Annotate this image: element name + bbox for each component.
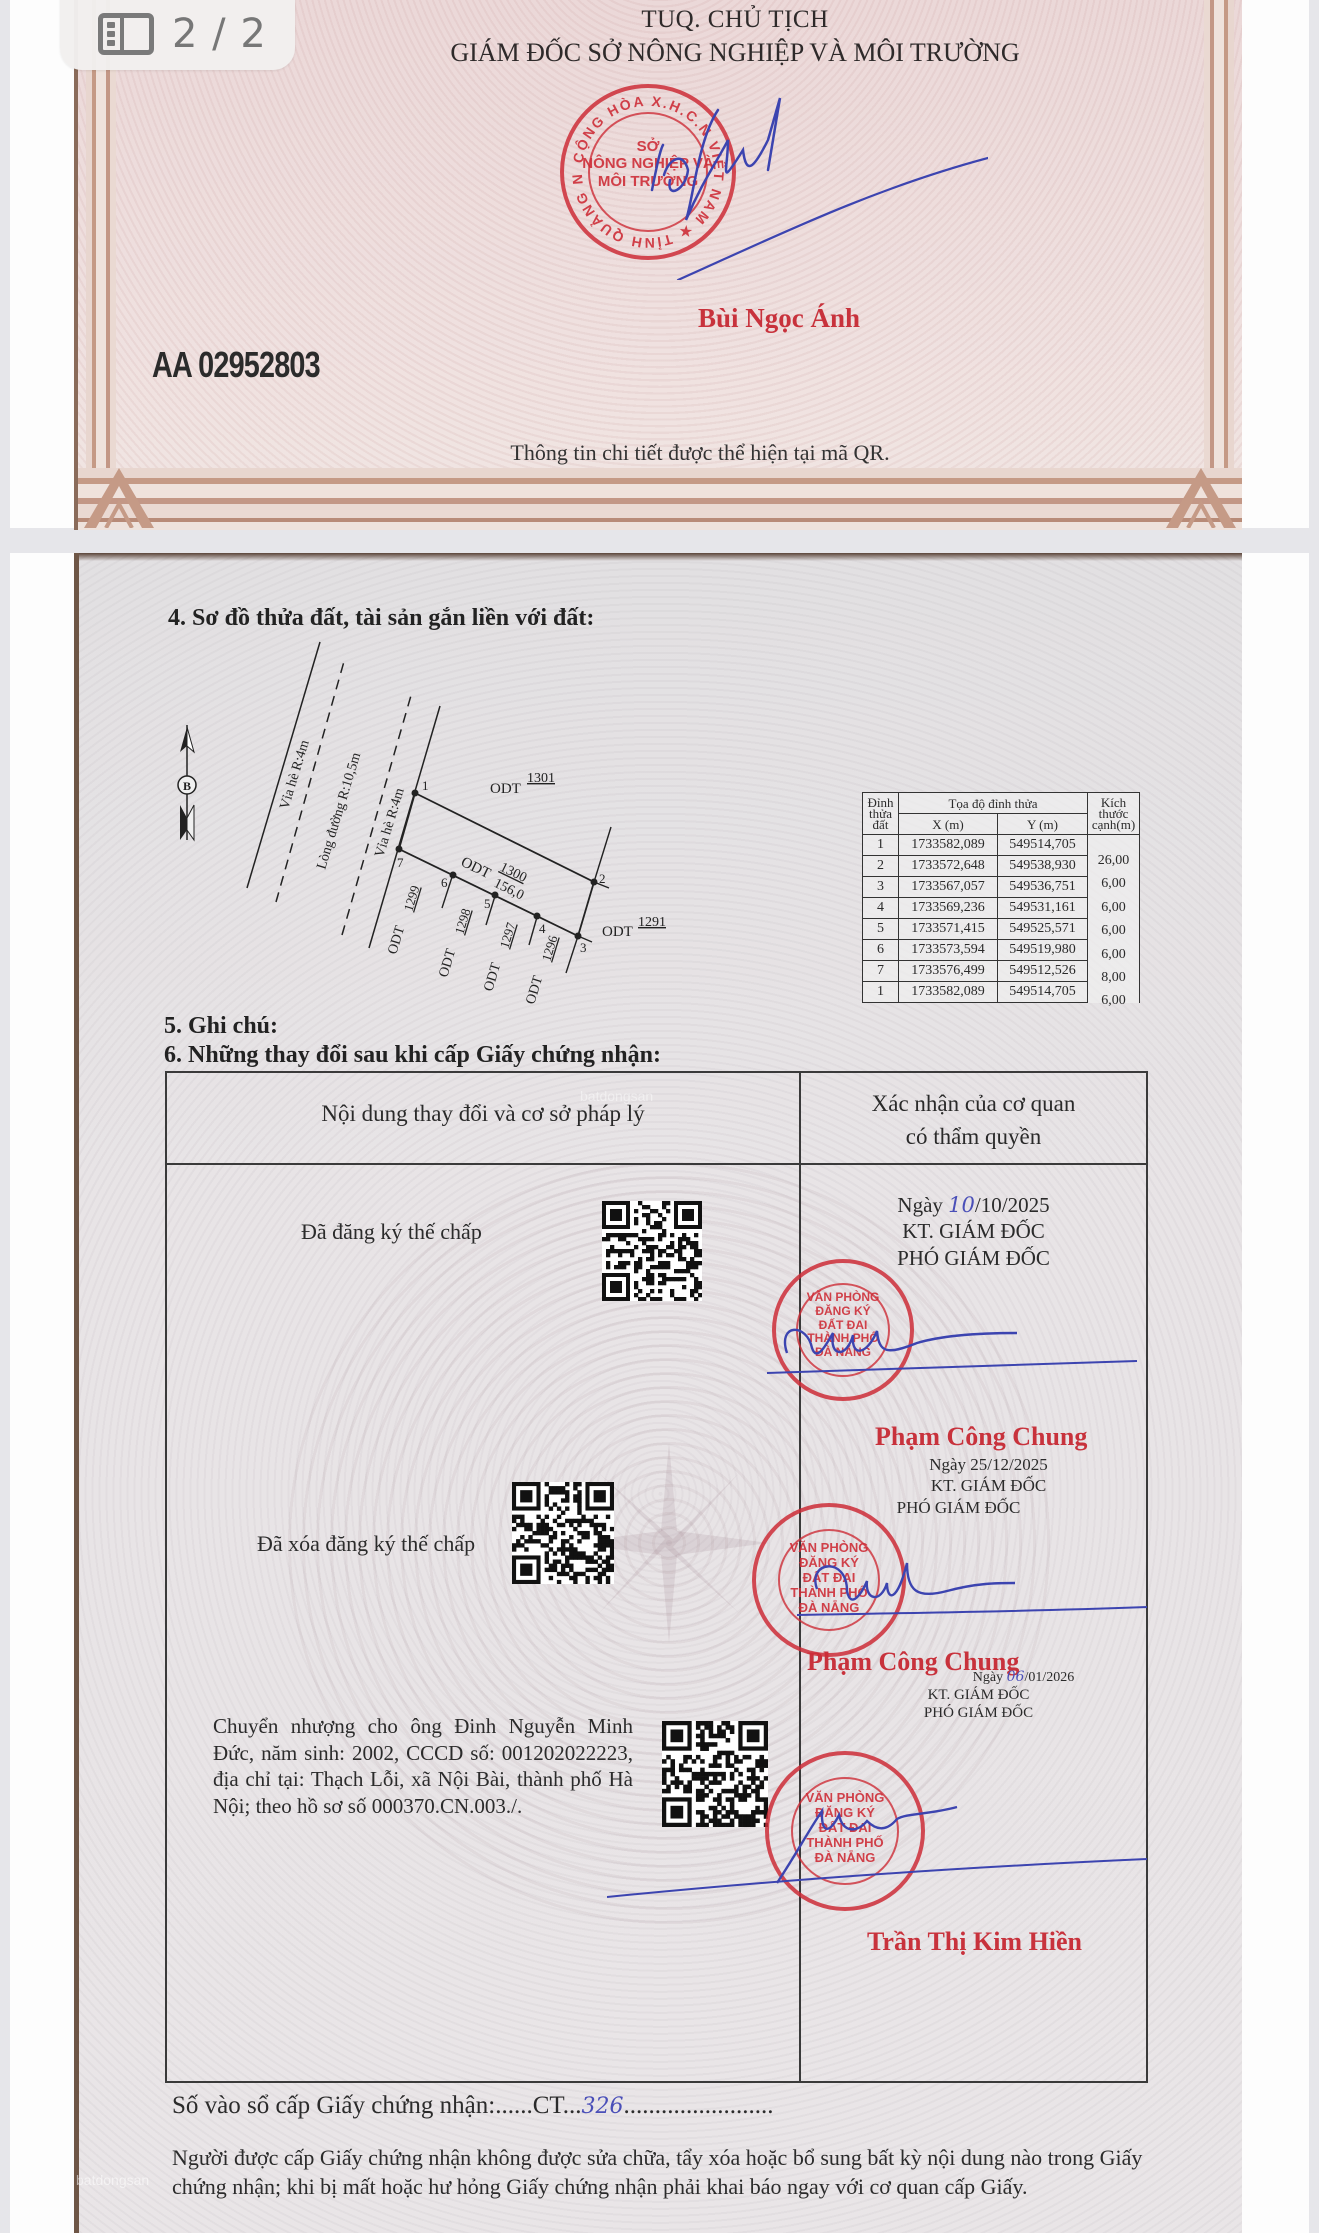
header-x: X (m) bbox=[899, 814, 998, 835]
qr-code-entry-2[interactable] bbox=[512, 1482, 614, 1584]
north-arrow-icon: B bbox=[178, 725, 196, 840]
section-4-heading: 4. Sơ đồ thửa đất, tài sản gắn liền với … bbox=[168, 605, 594, 632]
qr-info-note: Thông tin chi tiết được thể hiện tại mã … bbox=[78, 440, 1242, 466]
entry-3-confirmation: Ngày 06/01/2026 KT. GIÁM ĐỐC PHÓ GIÁM ĐỐ… bbox=[801, 1669, 1146, 1722]
svg-text:ODT: ODT bbox=[602, 924, 633, 940]
decorative-border-bottom bbox=[78, 468, 1242, 530]
header-authority-confirmation: Xác nhận của cơ quan có thẩm quyền bbox=[801, 1087, 1146, 1154]
svg-text:ODT: ODT bbox=[481, 961, 504, 993]
section-6-heading: 6. Những thay đổi sau khi cấp Giấy chứng… bbox=[164, 1042, 661, 1069]
svg-text:6: 6 bbox=[441, 875, 448, 890]
registration-number-handwritten: 326 bbox=[582, 2094, 624, 2119]
svg-text:Vỉa hè R:4m: Vỉa hè R:4m bbox=[277, 738, 312, 811]
watermark-center: batdongsan bbox=[580, 1088, 653, 1104]
svg-text:4: 4 bbox=[539, 921, 546, 936]
header-change-content: Nội dung thay đổi và cơ sở pháp lý bbox=[167, 1101, 799, 1127]
page-counter: 2 / 2 bbox=[172, 11, 267, 57]
entry-3-signer: Trần Thị Kim Hiền bbox=[867, 1927, 1082, 1957]
sidebar-toggle-icon[interactable] bbox=[98, 13, 154, 55]
svg-text:1299: 1299 bbox=[401, 884, 423, 913]
coordinate-table: Đỉnh thửa đất Tọa độ đỉnh thửa Kích thướ… bbox=[862, 792, 1140, 1003]
parcel-outline bbox=[399, 793, 594, 936]
entry-1-signer: Phạm Công Chung bbox=[875, 1422, 1087, 1452]
entry-3-content: Chuyển nhượng cho ông Đinh Nguyễn Minh Đ… bbox=[213, 1713, 633, 1820]
svg-text:7: 7 bbox=[397, 855, 404, 870]
certificate-warning-note: Người được cấp Giấy chứng nhận không đượ… bbox=[172, 2144, 1162, 2201]
svg-text:ODT: ODT bbox=[385, 924, 408, 956]
registration-number-line: Số vào sổ cấp Giấy chứng nhận:......CT..… bbox=[172, 2092, 774, 2120]
svg-text:1: 1 bbox=[422, 778, 429, 793]
svg-text:1296: 1296 bbox=[539, 933, 561, 963]
changes-table: Nội dung thay đổi và cơ sở pháp lý Xác n… bbox=[165, 1071, 1148, 2083]
svg-text:2: 2 bbox=[599, 871, 606, 886]
svg-text:1298: 1298 bbox=[452, 907, 474, 936]
svg-text:ODT: ODT bbox=[490, 781, 521, 797]
watermark: batdongsan bbox=[76, 2172, 149, 2188]
entry-2-content: Đã xóa đăng ký thế chấp bbox=[257, 1531, 475, 1557]
side-lengths: 26,006,006,006,006,008,006,00 bbox=[1088, 835, 1140, 1003]
entry-1-content: Đã đăng ký thế chấp bbox=[301, 1219, 482, 1245]
certificate-page-top: TUQ. CHỦ TỊCH GIÁM ĐỐC SỞ NÔNG NGHIỆP VÀ… bbox=[74, 0, 1242, 530]
svg-text:1301: 1301 bbox=[527, 771, 555, 786]
header-y: Y (m) bbox=[997, 814, 1087, 835]
svg-text:ODT: ODT bbox=[436, 947, 459, 979]
corner-ornament-icon bbox=[84, 468, 154, 528]
parcel-map: B Vỉa hè R:4m Lòng đường R:10,5m Vỉa hè … bbox=[150, 630, 800, 1010]
header-vertex: Đỉnh thửa đất bbox=[863, 793, 899, 835]
signer-name: Bùi Ngọc Ánh bbox=[698, 303, 860, 334]
qr-code-entry-1[interactable] bbox=[602, 1201, 702, 1301]
signature-entry-1 bbox=[767, 1303, 1147, 1383]
svg-text:5: 5 bbox=[484, 896, 491, 911]
svg-text:ODT: ODT bbox=[458, 854, 493, 882]
svg-text:1297: 1297 bbox=[497, 920, 519, 950]
signature-bui-ngoc-anh bbox=[568, 80, 988, 280]
svg-text:Lòng đường R:10,5m: Lòng đường R:10,5m bbox=[314, 751, 364, 871]
svg-text:ODT: ODT bbox=[523, 974, 546, 1006]
svg-text:3: 3 bbox=[580, 940, 587, 955]
svg-text:Vỉa hè R:4m: Vỉa hè R:4m bbox=[372, 786, 407, 859]
header-coords: Tọa độ đỉnh thửa bbox=[899, 793, 1088, 814]
header-side-length: Kích thước cạnh(m) bbox=[1088, 793, 1140, 835]
page-counter-badge[interactable]: 2 / 2 bbox=[60, 0, 295, 70]
certificate-serial-number: AA 02952803 bbox=[152, 344, 320, 386]
signature-entry-3 bbox=[607, 1793, 1147, 1913]
signature-entry-2 bbox=[747, 1551, 1147, 1631]
corner-ornament-icon bbox=[1166, 468, 1236, 528]
coordinate-row: 11733582,089549514,70526,006,006,006,006… bbox=[863, 835, 1140, 856]
section-5-heading: 5. Ghi chú: bbox=[164, 1013, 278, 1040]
svg-text:B: B bbox=[183, 779, 191, 793]
svg-text:1291: 1291 bbox=[638, 915, 666, 930]
